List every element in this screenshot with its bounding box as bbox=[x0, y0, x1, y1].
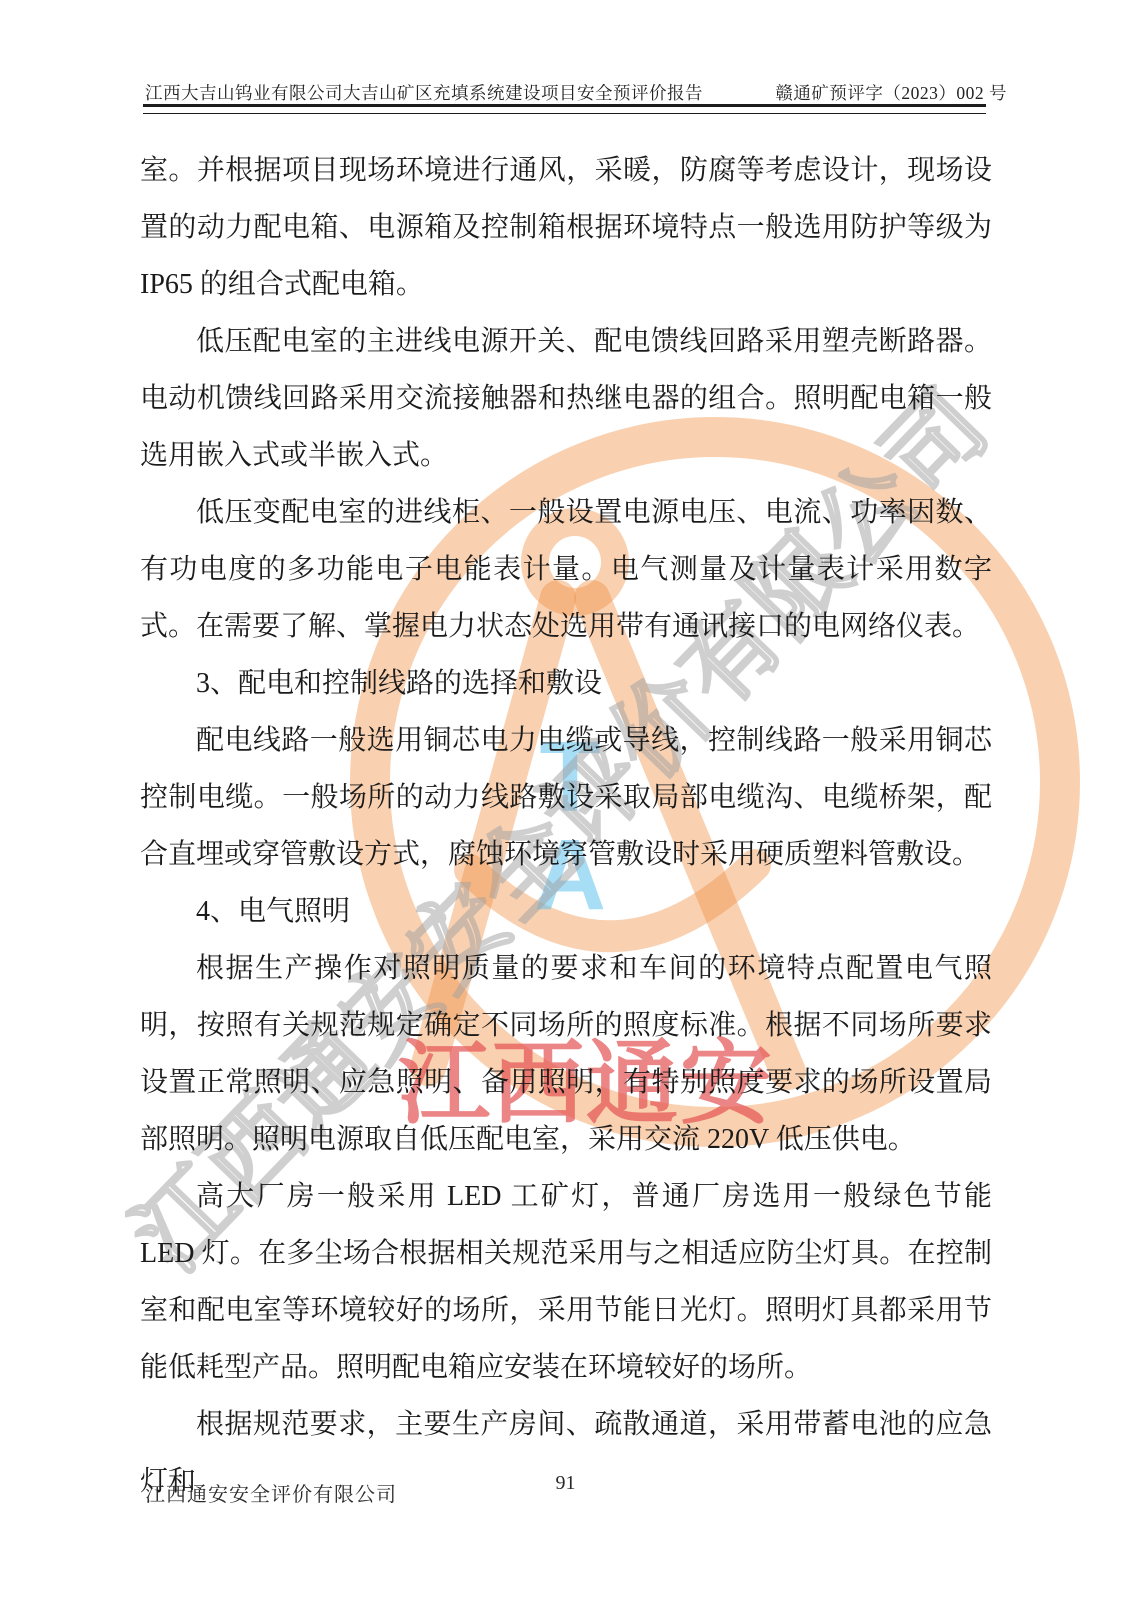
paragraph: 低压配电室的主进线电源开关、配电馈线回路采用塑壳断路器。电动机馈线回路采用交流接… bbox=[140, 313, 992, 484]
paragraph: 3、配电和控制线路的选择和敷设 bbox=[140, 655, 992, 712]
paragraph: 低压变配电室的进线柜、一般设置电源电压、电流、功率因数、有功电度的多功能电子电能… bbox=[140, 484, 992, 655]
page-header: 江西大吉山钨业有限公司大吉山矿区充填系统建设项目安全预评价报告 赣通矿预评字（2… bbox=[145, 80, 1007, 105]
body-text: 室。并根据项目现场环境进行通风，采暖，防腐等考虑设计，现场设置的动力配电箱、电源… bbox=[140, 142, 992, 1510]
header-doc-number: 赣通矿预评字（2023）002 号 bbox=[775, 80, 1007, 105]
paragraph: 室。并根据项目现场环境进行通风，采暖，防腐等考虑设计，现场设置的动力配电箱、电源… bbox=[140, 142, 992, 313]
paragraph: 配电线路一般选用铜芯电力电缆或导线，控制线路一般采用铜芯控制电缆。一般场所的动力… bbox=[140, 712, 992, 883]
paragraph: 根据生产操作对照明质量的要求和车间的环境特点配置电气照明，按照有关规范规定确定不… bbox=[140, 940, 992, 1168]
header-divider bbox=[143, 104, 986, 114]
paragraph: 4、电气照明 bbox=[140, 883, 992, 940]
paragraph: 根据规范要求，主要生产房间、疏散通道，采用带蓄电池的应急灯和 bbox=[140, 1396, 992, 1510]
report-page: 江西大吉山钨业有限公司大吉山矿区充填系统建设项目安全预评价报告 赣通矿预评字（2… bbox=[0, 0, 1131, 1600]
header-report-title: 江西大吉山钨业有限公司大吉山矿区充填系统建设项目安全预评价报告 bbox=[145, 80, 703, 105]
paragraph: 高大厂房一般采用 LED 工矿灯，普通厂房选用一般绿色节能 LED 灯。在多尘场… bbox=[140, 1168, 992, 1396]
